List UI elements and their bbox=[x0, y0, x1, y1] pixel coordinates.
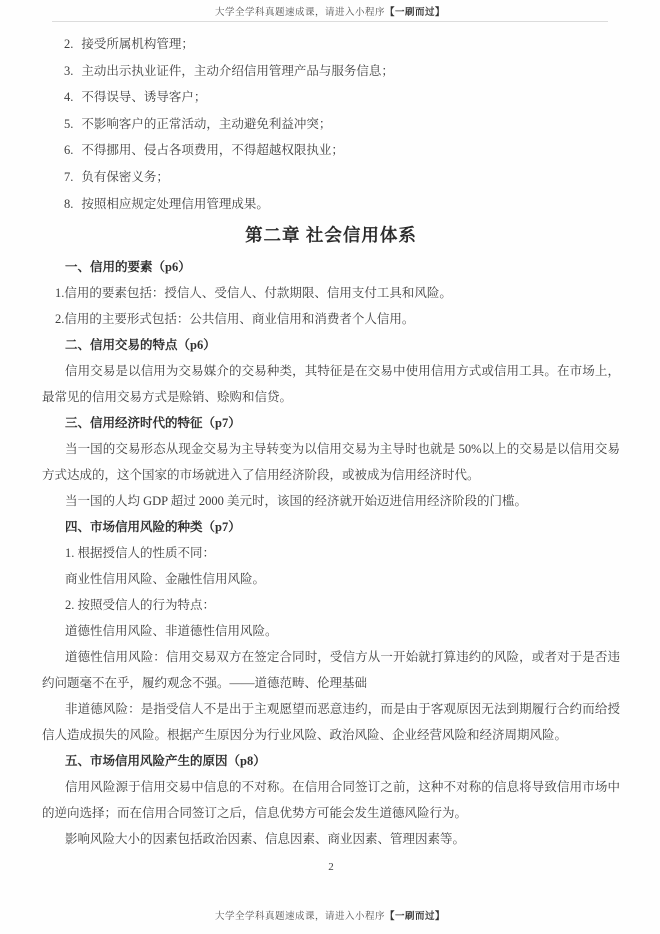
list-item: 5.不影响客户的正常活动，主动避免利益冲突； bbox=[42, 111, 620, 138]
list-item-number: 8. bbox=[64, 197, 73, 211]
header-divider bbox=[52, 21, 608, 22]
list-item-text: 不得误导、诱导客户； bbox=[81, 90, 206, 104]
paragraph: 商业性信用风险、金融性信用风险。 bbox=[42, 566, 620, 592]
paragraph: 影响风险大小的因素包括政治因素、信息因素、商业因素、管理因素等。 bbox=[42, 826, 620, 852]
section-heading: 一、信用的要素（p6） bbox=[42, 254, 620, 280]
list-item-number: 2. bbox=[64, 37, 73, 51]
document-body: 2.接受所属机构管理；3.主动出示执业证件，主动介绍信用管理产品与服务信息；4.… bbox=[0, 31, 660, 873]
list-item: 6.不得挪用、侵占各项费用，不得超越权限执业； bbox=[42, 137, 620, 164]
list-item: 8.按照相应规定处理信用管理成果。 bbox=[42, 191, 620, 218]
list-item: 3.主动出示执业证件，主动介绍信用管理产品与服务信息； bbox=[42, 58, 620, 85]
list-item-text: 接受所属机构管理； bbox=[81, 37, 194, 51]
paragraph: 1. 根据授信人的性质不同： bbox=[42, 540, 620, 566]
document-page: 大学全学科真题速成课，请进入小程序【一刷而过】 2.接受所属机构管理；3.主动出… bbox=[0, 0, 660, 934]
list-item-number: 7. bbox=[64, 170, 73, 184]
paragraph: 信用风险源于信用交易中信息的不对称。在信用合同签订之前，这种不对称的信息将导致信… bbox=[42, 774, 620, 826]
list-item-text: 不影响客户的正常活动，主动避免利益冲突； bbox=[81, 117, 331, 131]
list-item-number: 5. bbox=[64, 117, 73, 131]
header-brand-text: 【一刷而过】 bbox=[385, 8, 445, 18]
list-item-number: 4. bbox=[64, 90, 73, 104]
paragraph: 当一国的人均 GDP 超过 2000 美元时，该国的经济就开始迈进信用经济阶段的… bbox=[42, 488, 620, 514]
section-heading: 五、市场信用风险产生的原因（p8） bbox=[42, 748, 620, 774]
footer-text: 大学全学科真题速成课，请进入小程序 bbox=[215, 912, 385, 922]
paragraph: 当一国的交易形态从现金交易为主导转变为以信用交易为主导时也就是 50%以上的交易… bbox=[42, 436, 620, 488]
footer-brand-text: 【一刷而过】 bbox=[385, 912, 445, 922]
paragraph: 2.信用的主要形式包括：公共信用、商业信用和消费者个人信用。 bbox=[42, 306, 620, 332]
section-blocks: 一、信用的要素（p6）1.信用的要素包括：授信人、受信人、付款期限、信用支付工具… bbox=[42, 254, 620, 852]
page-number: 2 bbox=[42, 861, 620, 873]
chapter-title: 第二章 社会信用体系 bbox=[42, 220, 620, 250]
list-item-text: 按照相应规定处理信用管理成果。 bbox=[81, 197, 269, 211]
paragraph: 非道德风险：是指受信人不是出于主观愿望而恶意违约，而是由于客观原因无法到期履行合… bbox=[42, 696, 620, 748]
header-text: 大学全学科真题速成课，请进入小程序 bbox=[215, 8, 385, 18]
list-item-number: 3. bbox=[64, 64, 73, 78]
paragraph: 1.信用的要素包括：授信人、受信人、付款期限、信用支付工具和风险。 bbox=[42, 280, 620, 306]
list-item-number: 6. bbox=[64, 143, 73, 157]
paragraph: 道德性信用风险、非道德性信用风险。 bbox=[42, 618, 620, 644]
paragraph: 道德性信用风险：信用交易双方在签定合同时，受信方从一开始就打算违约的风险，或者对… bbox=[42, 644, 620, 696]
list-item-text: 主动出示执业证件，主动介绍信用管理产品与服务信息； bbox=[81, 64, 394, 78]
page-footer: 大学全学科真题速成课，请进入小程序【一刷而过】 bbox=[0, 908, 660, 922]
paragraph: 信用交易是以信用为交易媒介的交易种类，其特征是在交易中使用信用方式或信用工具。在… bbox=[42, 358, 620, 410]
paragraph: 2. 按照受信人的行为特点： bbox=[42, 592, 620, 618]
section-heading: 四、市场信用风险的种类（p7） bbox=[42, 514, 620, 540]
numbered-list: 2.接受所属机构管理；3.主动出示执业证件，主动介绍信用管理产品与服务信息；4.… bbox=[42, 31, 620, 217]
list-item-text: 不得挪用、侵占各项费用，不得超越权限执业； bbox=[81, 143, 344, 157]
section-heading: 二、信用交易的特点（p6） bbox=[42, 332, 620, 358]
list-item: 2.接受所属机构管理； bbox=[42, 31, 620, 58]
list-item: 4.不得误导、诱导客户； bbox=[42, 84, 620, 111]
page-header: 大学全学科真题速成课，请进入小程序【一刷而过】 bbox=[0, 0, 660, 20]
list-item: 7.负有保密义务； bbox=[42, 164, 620, 191]
section-heading: 三、信用经济时代的特征（p7） bbox=[42, 410, 620, 436]
list-item-text: 负有保密义务； bbox=[81, 170, 169, 184]
